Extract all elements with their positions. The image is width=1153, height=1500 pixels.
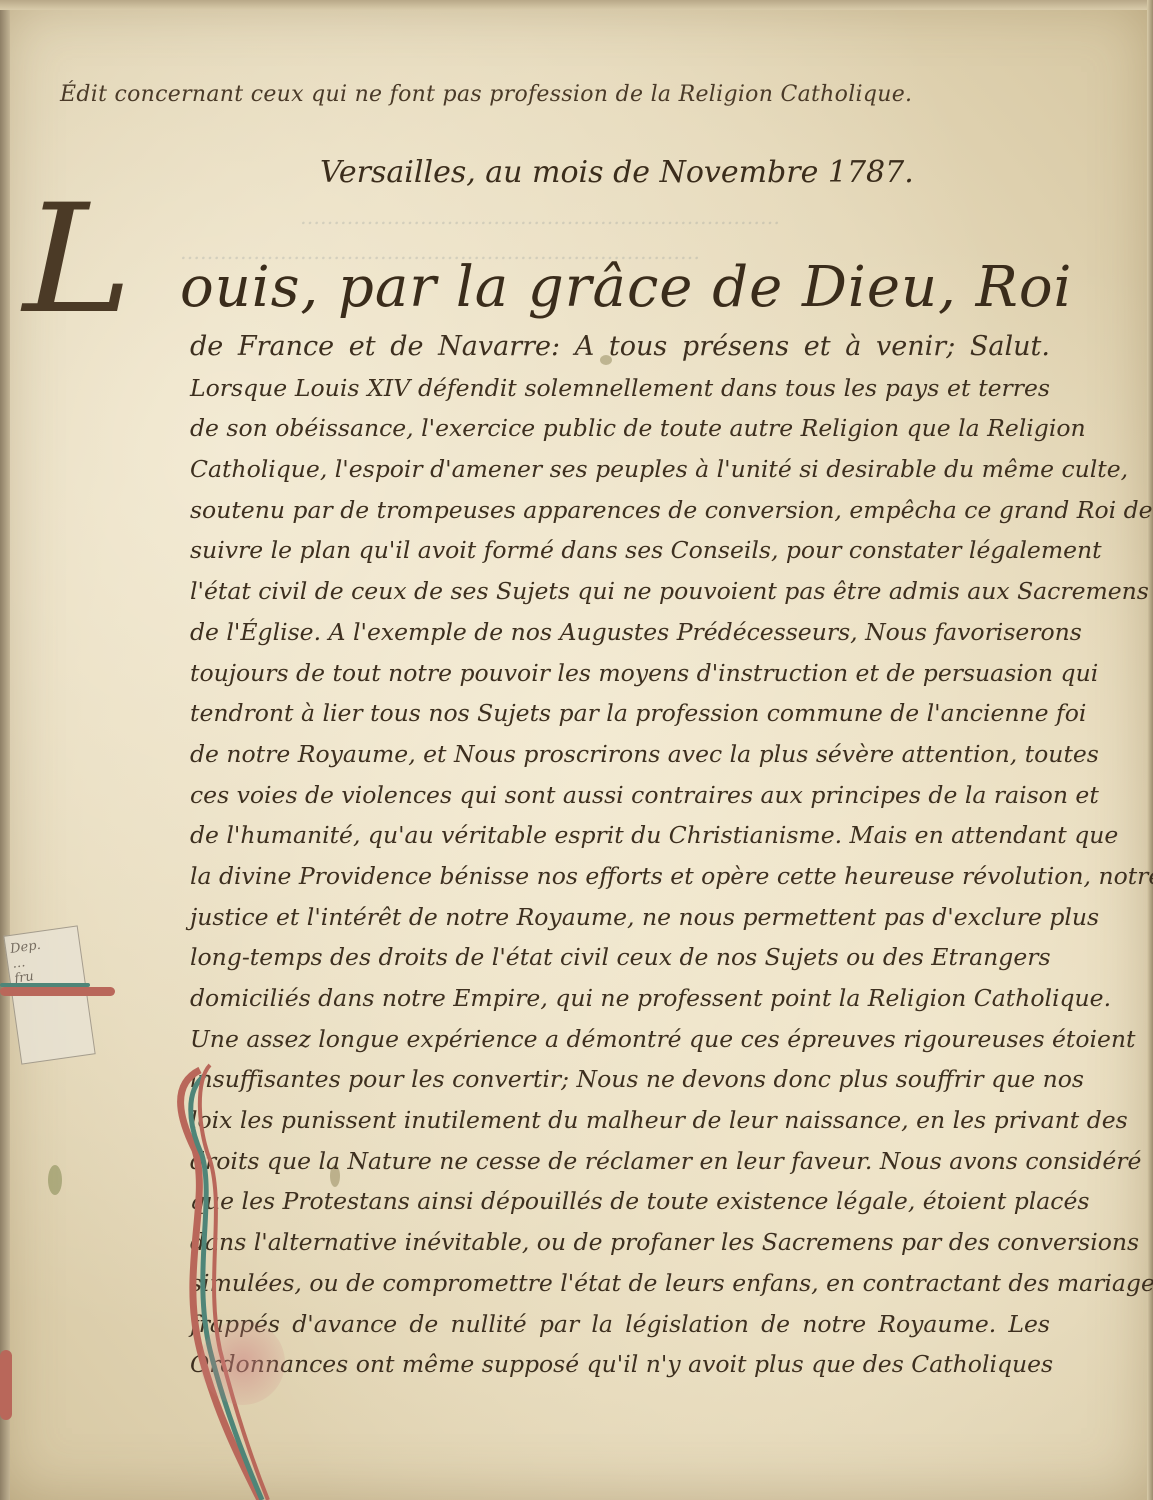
binding-thread-green <box>0 983 90 987</box>
body-line: de son obéissance, l'exercice public de … <box>190 408 1050 449</box>
edict-body: de France et de Navarre: A tous présens … <box>190 327 1050 1385</box>
title-line: ouis, par la grâce de Dieu, Roi <box>180 255 1072 320</box>
body-line: toujours de tout notre pouvoir les moyen… <box>190 653 1050 694</box>
body-line: que les Protestans ainsi dépouillés de t… <box>190 1181 1050 1222</box>
body-line: justice et l'intérêt de notre Royaume, n… <box>190 897 1050 938</box>
bleed-through-text: ……………………………………………………………… <box>300 205 780 229</box>
body-line: suivre le plan qu'il avoit formé dans se… <box>190 530 1050 571</box>
body-line: de l'humanité, qu'au véritable esprit du… <box>190 815 1050 856</box>
body-line: simulées, ou de compromettre l'état de l… <box>190 1263 1050 1304</box>
place-and-date: Versailles, au mois de Novembre 1787. <box>320 155 914 190</box>
body-line: Lorsque Louis XIV défendit solemnellemen… <box>190 368 1050 409</box>
body-line: de France et de Navarre: A tous présens … <box>190 327 1050 368</box>
body-line: Catholique, l'espoir d'amener ses peuple… <box>190 449 1050 490</box>
body-line: tendront à lier tous nos Sujets par la p… <box>190 693 1050 734</box>
body-line: Ordonnances ont même supposé qu'il n'y a… <box>190 1344 1050 1385</box>
body-line: l'état civil de ceux de ses Sujets qui n… <box>190 571 1050 612</box>
manuscript-page: ……………………………………………………………… ………………………………………… <box>0 0 1153 1500</box>
body-line: de notre Royaume, et Nous proscrirons av… <box>190 734 1050 775</box>
body-line: loix les punissent inutilement du malheu… <box>190 1100 1050 1141</box>
ribbon-threads <box>140 1050 270 1500</box>
body-line: frappés d'avance de nullité par la légis… <box>190 1304 1050 1345</box>
body-line: de l'Église. A l'exemple de nos Augustes… <box>190 612 1050 653</box>
body-line: la divine Providence bénisse nos efforts… <box>190 856 1050 897</box>
body-line: droits que la Nature ne cesse de réclame… <box>190 1141 1050 1182</box>
page-top-edge <box>0 0 1153 10</box>
binding-thread-tassel <box>0 1350 12 1420</box>
body-line: long-temps des droits de l'état civil ce… <box>190 937 1050 978</box>
document-header: Édit concernant ceux qui ne font pas pro… <box>60 82 912 107</box>
body-line: ces voies de violences qui sont aussi co… <box>190 775 1050 816</box>
decorative-initial: L <box>23 185 133 335</box>
binding-thread-red <box>0 987 115 996</box>
body-line: domiciliés dans notre Empire, qui ne pro… <box>190 978 1050 1019</box>
body-line: soutenu par de trompeuses apparences de … <box>190 490 1050 531</box>
page-left-edge <box>0 0 10 1500</box>
body-line: dans l'alternative inévitable, ou de pro… <box>190 1222 1050 1263</box>
body-line: Une assez longue expérience a démontré q… <box>190 1019 1050 1060</box>
wax-seal-stain <box>200 1320 285 1405</box>
stain <box>48 1165 62 1195</box>
body-line: insuffisantes pour les convertir; Nous n… <box>190 1059 1050 1100</box>
